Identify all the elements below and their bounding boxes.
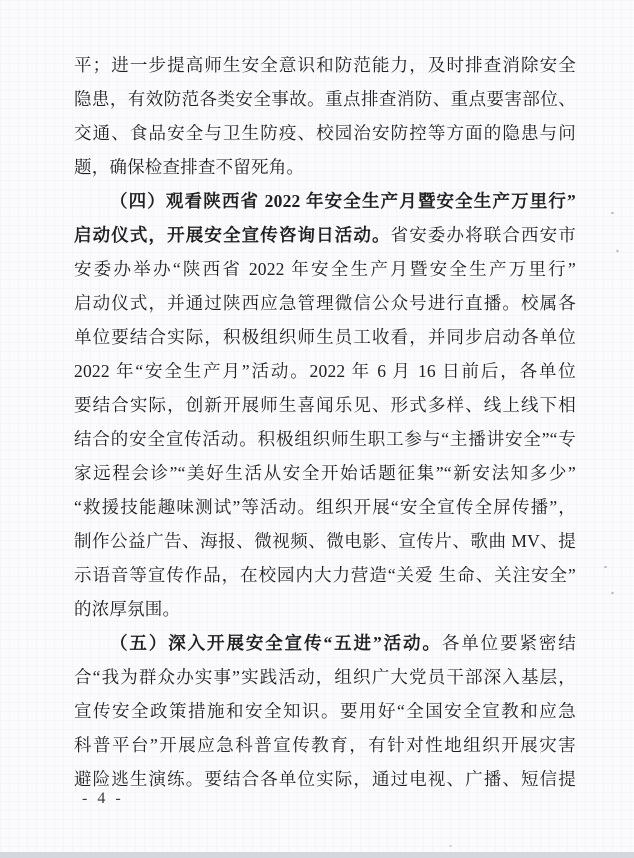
bold-text-segment: （四）观看陕西省 2022 年安全生产月暨安全生产万里行”: [110, 191, 576, 211]
text-line: （四）观看陕西省 2022 年安全生产月暨安全生产万里行”: [74, 184, 576, 218]
page-number: - 4 -: [82, 790, 124, 808]
text-segment: 合“我为群众办实事”实践活动，组织广大党员干部深入基层，: [74, 667, 576, 687]
text-line: 平；进一步提高师生安全意识和防范能力，及时排查消除安全: [74, 48, 576, 82]
text-line: 避险逃生演练。要结合各单位实际，通过电视、广播、短信提: [74, 762, 576, 796]
text-line: 合“我为群众办实事”实践活动，组织广大党员干部深入基层，: [74, 660, 576, 694]
text-segment: 科普平台”开展应急科普宣传教育，有针对性地组织开展灾害: [74, 735, 576, 755]
bold-text-segment: （五）深入开展安全宣传“五进”活动。: [110, 633, 442, 653]
text-segment: 的浓厚氛围。: [74, 599, 180, 619]
scan-speckle: [611, 591, 615, 594]
text-segment: 宣传安全政策措施和安全知识。要用好“全国安全宣教和应急: [74, 701, 576, 721]
text-line: 制作公益广告、海报、微视频、微电影、宣传片、歌曲 MV、提: [74, 524, 576, 558]
text-segment: 家远程会诊”“美好生活从安全开始话题征集”“新安法知多少”: [74, 463, 576, 483]
text-line: 示语音等宣传作品，在校园内大力营造“关爱 生命、关注安全”: [74, 558, 576, 592]
text-segment: 隐患，有效防范各类安全事故。重点排查消防、重点要害部位、: [74, 89, 576, 109]
text-line: 启动仪式，开展安全宣传咨询日活动。省安委办将联合西安市: [74, 218, 576, 252]
text-segment: 交通、食品安全与卫生防疫、校园治安防控等方面的隐患与问: [74, 123, 576, 143]
text-line: 题，确保检查排查不留死角。: [74, 150, 576, 184]
text-segment: 要结合实际，创新开展师生喜闻乐见、形式多样、线上线下相: [74, 395, 576, 415]
scan-speckle: [604, 566, 607, 568]
bold-text-segment: 启动仪式，开展安全宣传咨询日活动。: [74, 225, 391, 245]
text-line: 隐患，有效防范各类安全事故。重点排查消防、重点要害部位、: [74, 82, 576, 116]
text-line: 家远程会诊”“美好生活从安全开始话题征集”“新安法知多少”: [74, 456, 576, 490]
text-segment: 安委办举办“陕西省 2022 年安全生产月暨安全生产万里行”: [74, 259, 576, 279]
scan-speckle: [611, 212, 614, 214]
text-segment: 各单位要紧密结: [442, 633, 576, 653]
text-segment: 启动仪式，并通过陕西应急管理微信公众号进行直播。校属各: [74, 293, 576, 313]
scan-speckle: [449, 845, 452, 847]
scan-bottom-edge: [0, 852, 634, 858]
text-segment: 单位要结合实际，积极组织师生员工收看，并同步启动各单位: [74, 327, 576, 347]
text-segment: 示语音等宣传作品，在校园内大力营造“关爱 生命、关注安全”: [74, 565, 576, 585]
text-segment: 2022 年“安全生产月”活动。2022 年 6 月 16 日前后，各单位: [74, 361, 576, 381]
text-line: 启动仪式，并通过陕西应急管理微信公众号进行直播。校属各: [74, 286, 576, 320]
scan-speckle: [616, 249, 620, 252]
text-line: 单位要结合实际，积极组织师生员工收看，并同步启动各单位: [74, 320, 576, 354]
text-line: 安委办举办“陕西省 2022 年安全生产月暨安全生产万里行”: [74, 252, 576, 286]
text-line: （五）深入开展安全宣传“五进”活动。各单位要紧密结: [74, 626, 576, 660]
text-line: 交通、食品安全与卫生防疫、校园治安防控等方面的隐患与问: [74, 116, 576, 150]
text-line: 的浓厚氛围。: [74, 592, 576, 626]
text-line: “救援技能趣味测试”等活动。组织开展“安全宣传全屏传播”，: [74, 490, 576, 524]
text-line: 结合的安全宣传活动。积极组织师生职工参与“主播讲安全”“专: [74, 422, 576, 456]
text-segment: 避险逃生演练。要结合各单位实际，通过电视、广播、短信提: [74, 769, 576, 789]
text-segment: 题，确保检查排查不留死角。: [74, 157, 304, 177]
text-segment: 制作公益广告、海报、微视频、微电影、宣传片、歌曲 MV、提: [74, 531, 576, 551]
text-segment: 结合的安全宣传活动。积极组织师生职工参与“主播讲安全”“专: [74, 429, 576, 449]
text-segment: “救援技能趣味测试”等活动。组织开展“安全宣传全屏传播”，: [74, 497, 576, 517]
text-line: 要结合实际，创新开展师生喜闻乐见、形式多样、线上线下相: [74, 388, 576, 422]
text-line: 科普平台”开展应急科普宣传教育，有针对性地组织开展灾害: [74, 728, 576, 762]
text-line: 宣传安全政策措施和安全知识。要用好“全国安全宣教和应急: [74, 694, 576, 728]
text-segment: 省安委办将联合西安市: [391, 225, 576, 245]
document-body: 平；进一步提高师生安全意识和防范能力，及时排查消除安全隐患，有效防范各类安全事故…: [74, 48, 576, 796]
text-line: 2022 年“安全生产月”活动。2022 年 6 月 16 日前后，各单位: [74, 354, 576, 388]
text-segment: 平；进一步提高师生安全意识和防范能力，及时排查消除安全: [74, 55, 576, 75]
